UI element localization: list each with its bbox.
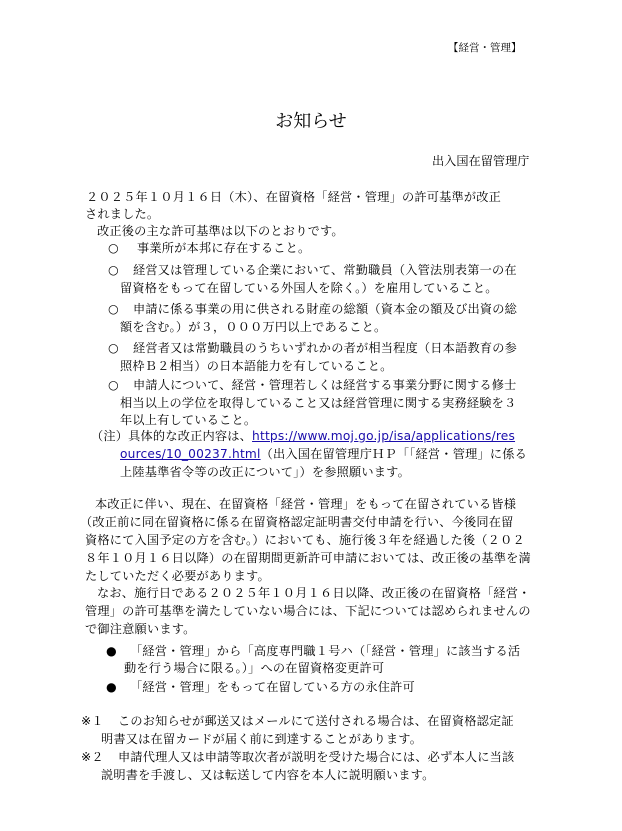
page-title: お知らせ <box>0 107 622 133</box>
intro-line: 改正後の主な許可基準は以下のとおりです。 <box>97 223 344 240</box>
intro-line: ２０２５年１０月１６日（木）、在留資格「経営・管理」の許可基準が改正 <box>86 189 501 206</box>
circle-bullet-icon: ○ <box>108 340 119 357</box>
category-tag: 【経営・管理】 <box>448 40 522 55</box>
filled-bullet-icon: ● <box>106 643 117 660</box>
reference-link[interactable]: https://www.moj.go.jp/isa/applications/r… <box>252 429 515 443</box>
circle-bullet-icon: ○ <box>108 240 119 257</box>
reference-link-continued[interactable]: ources/10_00237.html <box>120 447 261 461</box>
footnote-marker: ※２ <box>81 749 104 766</box>
intro-line: されました。 <box>85 206 159 223</box>
circle-bullet-icon: ○ <box>108 377 119 394</box>
filled-bullet-icon: ● <box>106 679 117 696</box>
circle-bullet-icon: ○ <box>108 301 119 318</box>
issuer-name: 出入国在留管理庁 <box>432 152 530 169</box>
note-text: （出入国在留管理庁ＨＰ「「経営・管理」に係る <box>261 447 527 461</box>
note-prefix: （注）具体的な改正内容は、 <box>91 429 252 443</box>
note-text: 上陸基準省令等の改正について」）を参照願います。 <box>120 464 410 481</box>
footnote-marker: ※１ <box>81 713 104 730</box>
circle-bullet-icon: ○ <box>108 262 119 279</box>
